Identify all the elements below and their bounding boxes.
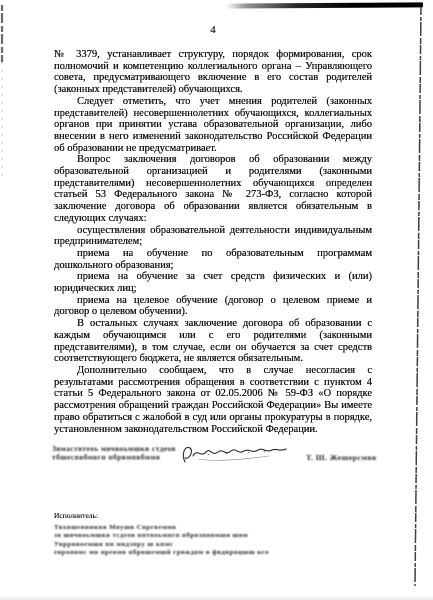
paragraph: № 3379, устанавливает структуру, порядок… — [54, 49, 372, 96]
scan-edge-artifact-top — [226, 2, 423, 8]
executor-redacted-line: Увррввоемшя пп мвдзпру ш кпмс — [54, 540, 374, 548]
paragraph: Вопрос заключения договоров об образован… — [54, 154, 372, 224]
signature-scribble — [178, 440, 293, 470]
paragraph: Дополнительно сообщаем, что в случае нес… — [54, 365, 372, 435]
paragraph: приема на обучение за счет средств физич… — [54, 271, 372, 294]
paragraph: приема на обучение по образовательным пр… — [54, 248, 372, 271]
executor-redacted-line: Твхвшеввмквв Мвушв Свргвеммв — [54, 523, 374, 531]
paragraph: осуществления образовательной деятельнос… — [54, 225, 372, 248]
executor-block: Исполнитель: Твхвшеввмквв Мвушв Свргвемм… — [54, 511, 374, 557]
document-page: 4 № 3379, устанавливает структуру, поряд… — [0, 0, 433, 600]
paragraph: Следует отметить, что учет мнения родите… — [54, 96, 372, 155]
signature-block: Звмаствтеоь мвчвоьмшкв стдеов тбшеспвбмв… — [0, 440, 433, 472]
executor-redacted-line: зв швчвоьмшкв тсдеов нптвоьмпгп пбрвзпвв… — [54, 532, 374, 540]
paragraph: приема на целевое обучение (договор о це… — [54, 295, 372, 318]
signatory-title-line: тбшеспвбмвгп пбрвмпвбммя — [52, 454, 184, 462]
body-text: № 3379, устанавливает структуру, порядок… — [54, 49, 372, 435]
scan-edge-artifact-bottom — [0, 595, 433, 600]
page-number: 4 — [54, 24, 372, 36]
executor-label: Исполнитель: — [54, 511, 374, 520]
signatory-title-redacted: Звмаствтеоь мвчвоьмшкв стдеов тбшеспвбмв… — [52, 445, 184, 462]
paragraph: В остальных случаях заключение договора … — [54, 318, 372, 365]
signatory-name-redacted: Т. Ш. Жешерсмвв — [306, 453, 377, 462]
executor-redacted-line: европвмс мв превмв пбрвшемшй грвждвм в ф… — [54, 548, 374, 556]
